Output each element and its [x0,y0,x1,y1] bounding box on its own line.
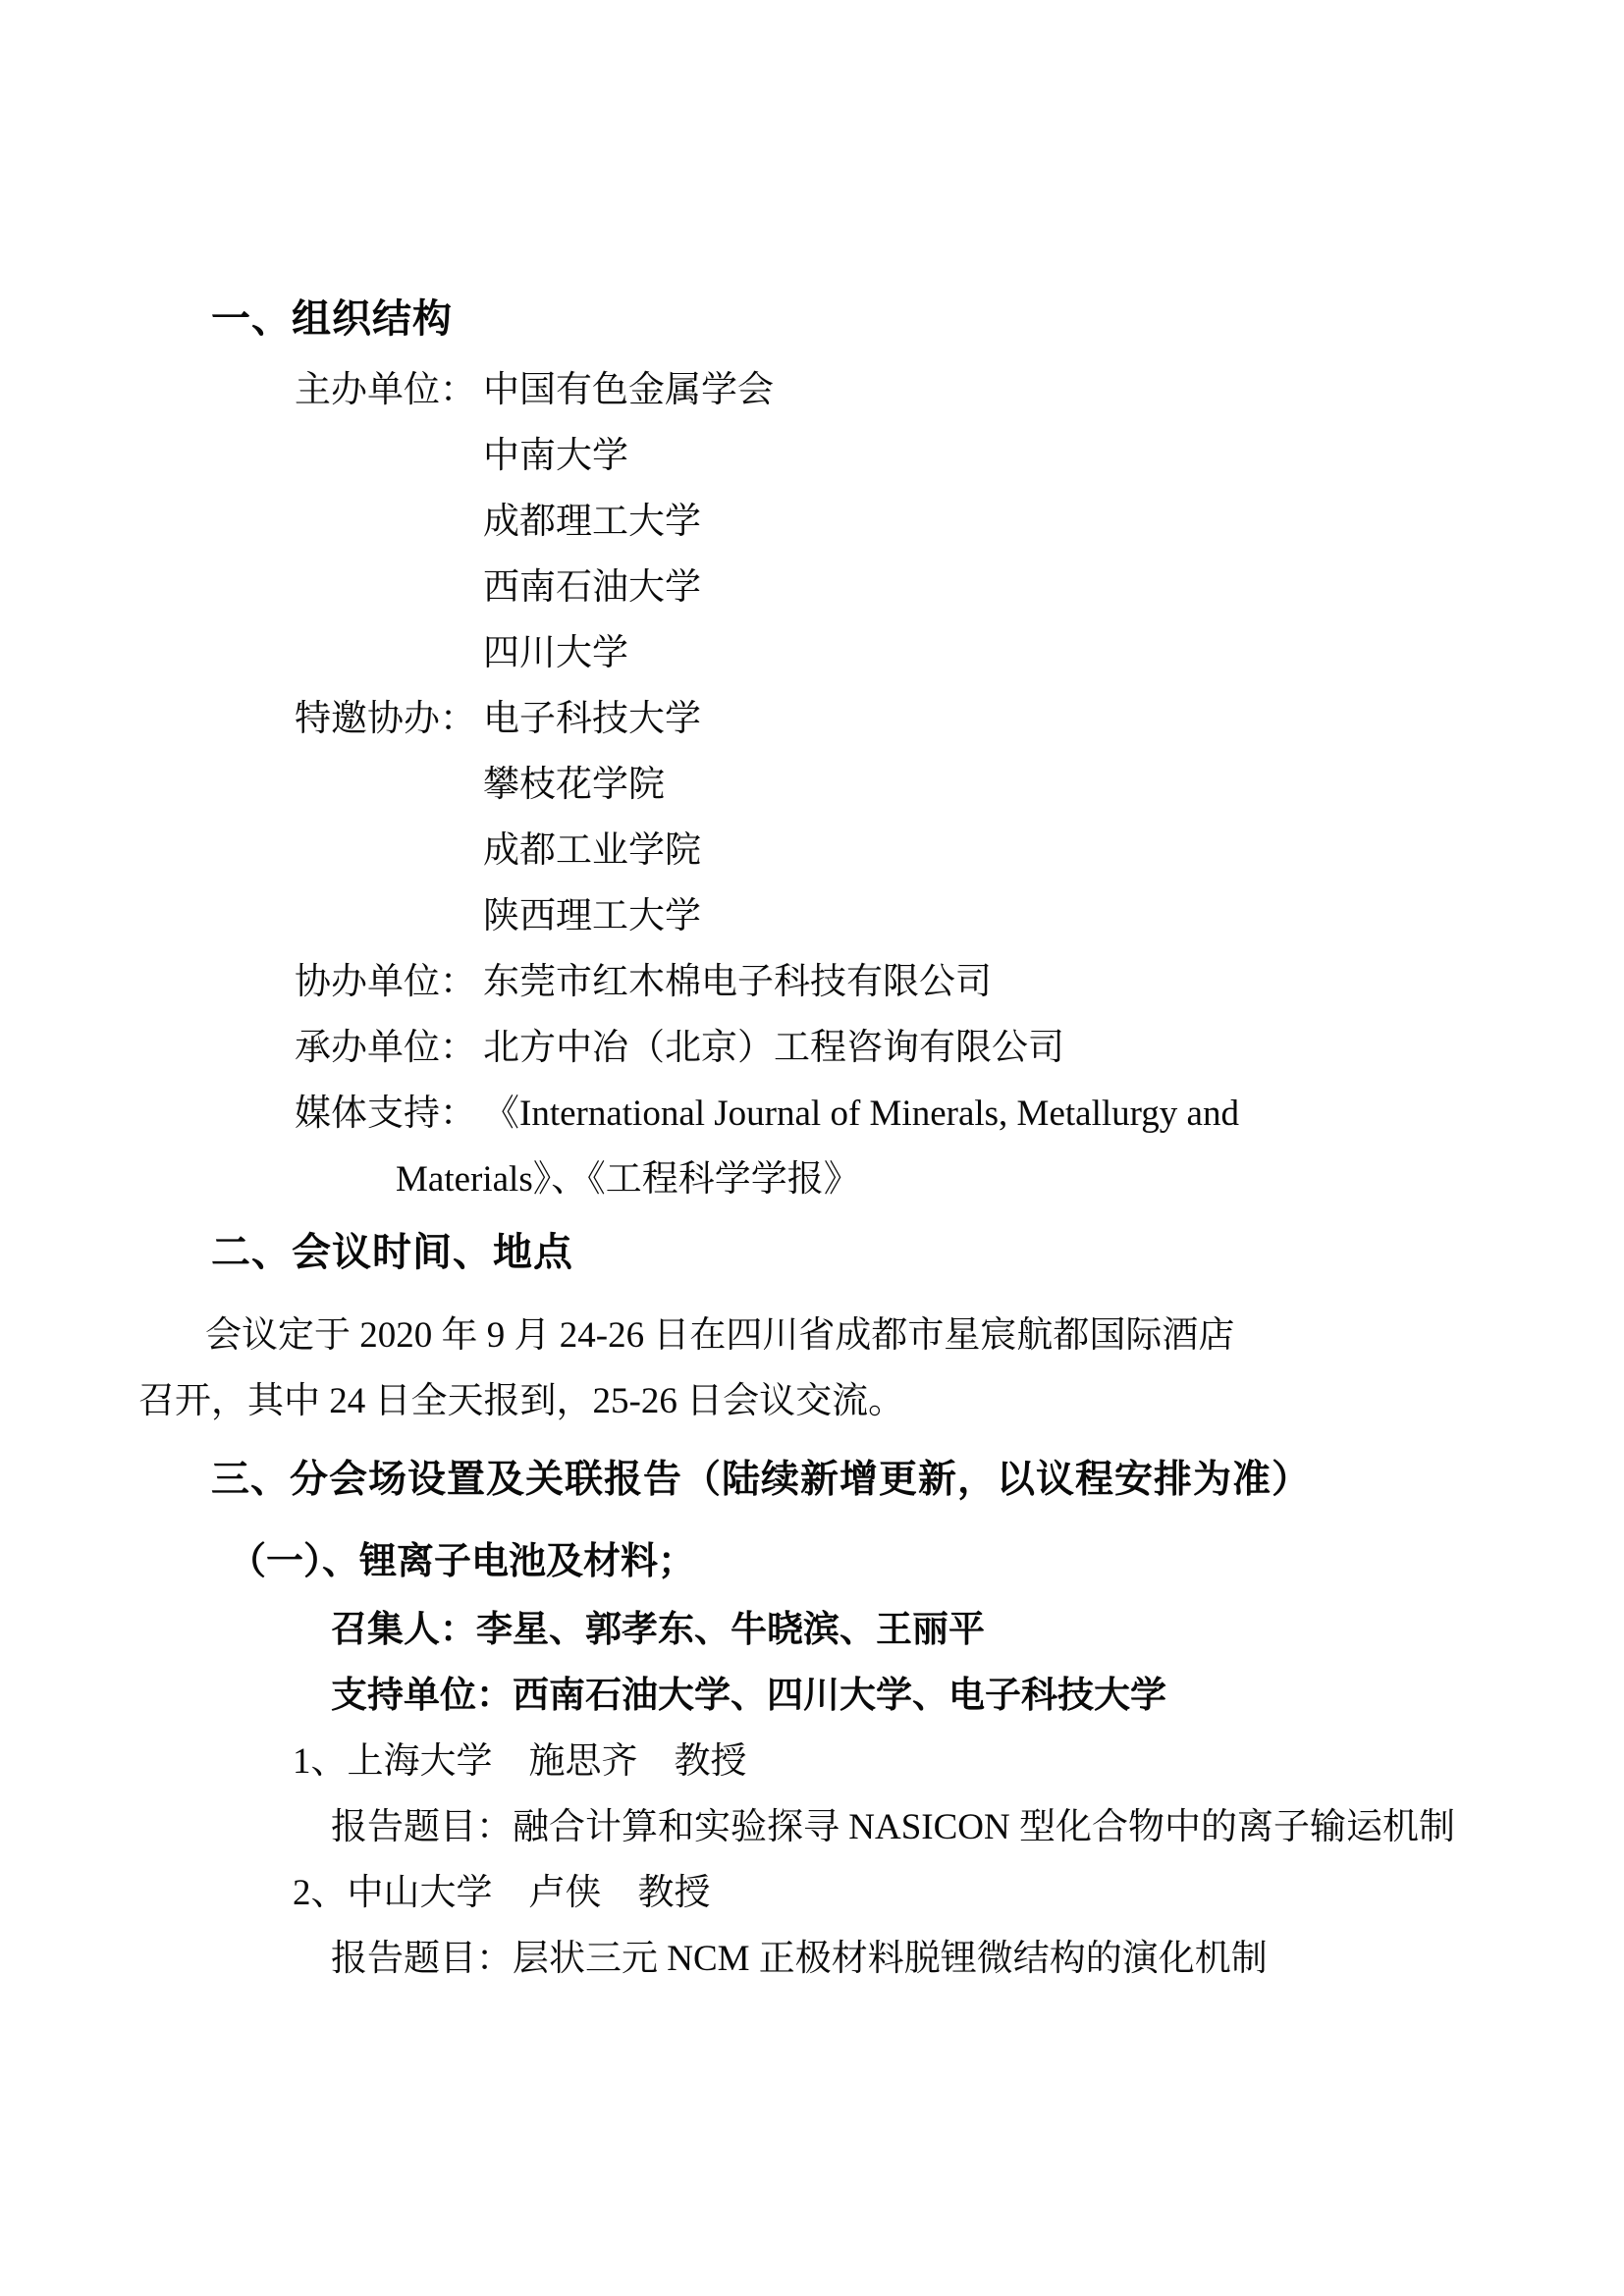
section2-heading: 二、会议时间、地点 [211,1231,573,1274]
document-page: 一、组织结构 主办单位：中国有色金属学会 中南大学 成都理工大学 西南石油大学 … [0,0,1624,2296]
talk-1-title: 报告题目：融合计算和实验探寻 NASICON 型化合物中的离子输运机制 [331,1808,1455,1848]
org-value: 东莞市红木棉电子科技有限公司 [483,962,992,1002]
org-value: 西南石油大学 [483,568,701,609]
org-value: 中国有色金属学会 [483,370,774,410]
org-label-host: 主办单位： [295,371,483,411]
subsection1-heading: （一）、锂离子电池及材料； [229,1542,695,1583]
org-value: 攀枝花学院 [483,766,665,806]
talk-2-title: 报告题目：层状三元 NCM 正极材料脱锂微结构的演化机制 [331,1940,1268,1980]
supporting-units-line: 支持单位：西南石油大学、四川大学、电子科技大学 [331,1677,1166,1717]
org-label-media: 媒体支持： [295,1095,483,1135]
org-value: 《International Journal of Minerals, Meta… [483,1094,1239,1134]
org-label-special: 特邀协办： [295,700,483,740]
org-label-coorganizer: 协办单位： [295,963,483,1003]
section2-paragraph-line2: 召开，其中 24 日全天报到，25-26 日会议交流。 [138,1382,904,1422]
org-value: 陕西理工大学 [483,897,701,937]
org-value: 电子科技大学 [483,699,701,739]
org-row-host: 主办单位：中国有色金属学会 [295,371,774,411]
conveners-line: 召集人：李星、郭孝东、牛晓滨、王丽平 [331,1611,985,1651]
org-value: 北方中冶（北京）工程咨询有限公司 [483,1028,1064,1068]
org-row-special-coorganizer: 特邀协办：电子科技大学 [295,700,701,740]
section3-heading: 三、分会场设置及关联报告（陆续新增更新，以议程安排为准） [211,1460,1311,1502]
org-value: 成都工业学院 [483,831,701,872]
org-row-coorganizer: 协办单位：东莞市红木棉电子科技有限公司 [295,963,992,1003]
org-value-media-wrap: Materials》、《工程科学学报》 [396,1160,860,1201]
org-row-media: 媒体支持：《International Journal of Minerals,… [295,1095,1239,1135]
org-value: 四川大学 [483,634,628,674]
talk-2-speaker: 2、中山大学 卢侠 教授 [293,1874,711,1914]
section1-heading: 一、组织结构 [211,297,453,341]
talk-1-speaker: 1、上海大学 施思齐 教授 [293,1742,747,1783]
org-value: 成都理工大学 [483,503,701,543]
section2-paragraph-line1: 会议定于 2020 年 9 月 24-26 日在四川省成都市星宸航都国际酒店 [205,1316,1234,1357]
org-value: 中南大学 [483,437,628,477]
org-label-undertaker: 承办单位： [295,1029,483,1069]
org-row-undertaker: 承办单位：北方中冶（北京）工程咨询有限公司 [295,1029,1064,1069]
